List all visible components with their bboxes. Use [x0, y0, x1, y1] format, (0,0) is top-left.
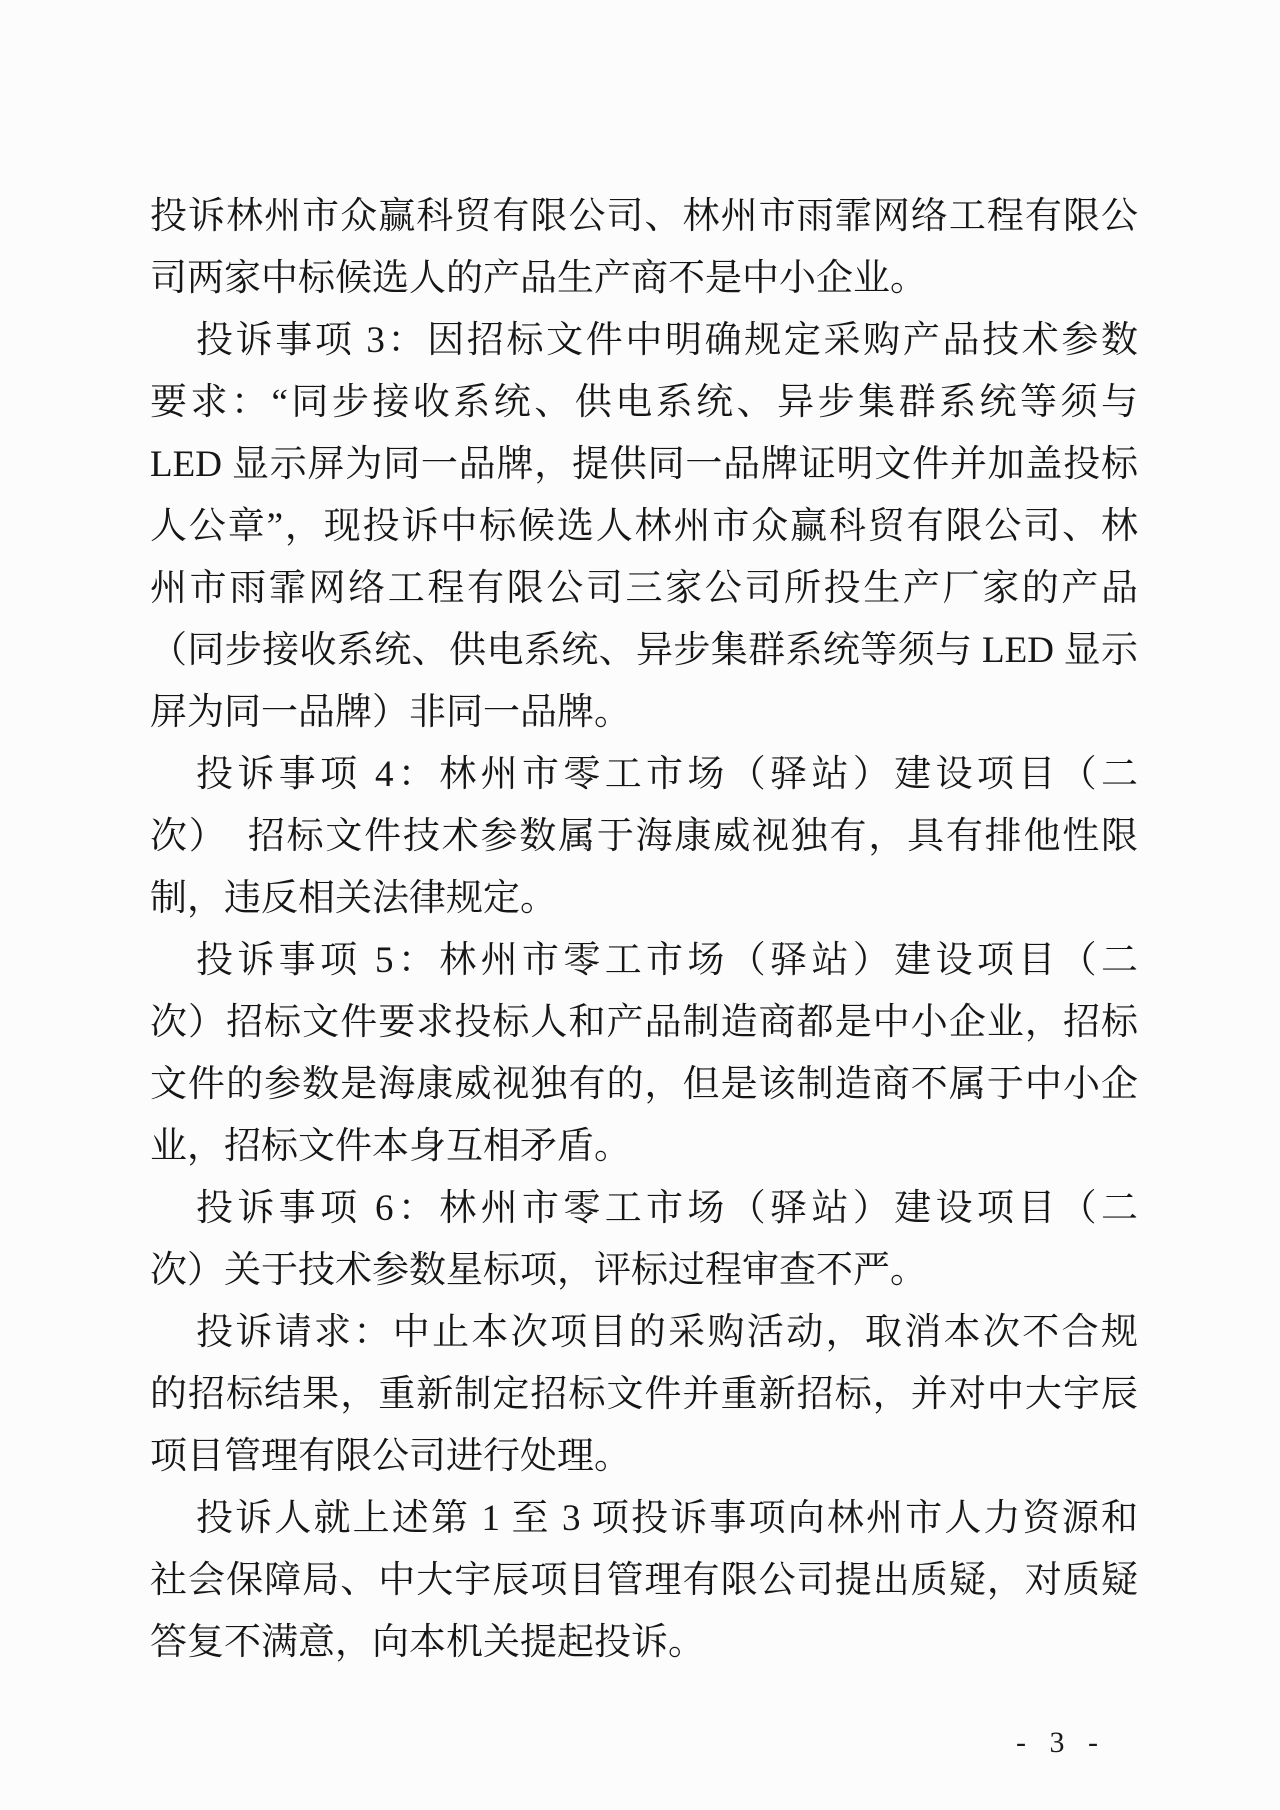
- paragraph: 投诉事项 5：林州市零工市场（驿站）建设项目（二次）招标文件要求投标人和产品制造…: [150, 930, 1138, 1178]
- paragraph: 投诉请求：中止本次项目的采购活动，取消本次不合规的招标结果，重新制定招标文件并重…: [150, 1302, 1138, 1488]
- text-line: 社会保障局、中大宇辰项目管理有限公司提出质疑，对质疑: [150, 1550, 1138, 1612]
- text-line: 制，违反相关法律规定。: [150, 868, 1138, 930]
- paragraph: 投诉人就上述第 1 至 3 项投诉事项向林州市人力资源和社会保障局、中大宇辰项目…: [150, 1488, 1138, 1674]
- text-line: 投诉事项 6：林州市零工市场（驿站）建设项目（二: [150, 1178, 1138, 1240]
- text-line: 次）关于技术参数星标项，评标过程审查不严。: [150, 1240, 1138, 1302]
- text-line: 项目管理有限公司进行处理。: [150, 1426, 1138, 1488]
- text-line: （同步接收系统、供电系统、异步集群系统等须与 LED 显示: [150, 620, 1138, 682]
- document-page: 投诉林州市众赢科贸有限公司、林州市雨霏网络工程有限公司两家中标候选人的产品生产商…: [0, 0, 1280, 1810]
- paragraph: 投诉事项 4：林州市零工市场（驿站）建设项目（二次） 招标文件技术参数属于海康威…: [150, 744, 1138, 930]
- text-line: 要求：“同步接收系统、供电系统、异步集群系统等须与: [150, 372, 1138, 434]
- text-line: 投诉请求：中止本次项目的采购活动，取消本次不合规: [150, 1302, 1138, 1364]
- paragraph: 投诉林州市众赢科贸有限公司、林州市雨霏网络工程有限公司两家中标候选人的产品生产商…: [150, 186, 1138, 310]
- text-line: 司两家中标候选人的产品生产商不是中小企业。: [150, 248, 1138, 310]
- text-line: 次） 招标文件技术参数属于海康威视独有，具有排他性限: [150, 806, 1138, 868]
- text-line: 投诉人就上述第 1 至 3 项投诉事项向林州市人力资源和: [150, 1488, 1138, 1550]
- paragraph: 投诉事项 3：因招标文件中明确规定采购产品技术参数要求：“同步接收系统、供电系统…: [150, 310, 1138, 744]
- text-line: 次）招标文件要求投标人和产品制造商都是中小企业，招标: [150, 992, 1138, 1054]
- text-line: 答复不满意，向本机关提起投诉。: [150, 1612, 1138, 1674]
- text-line: 业，招标文件本身互相矛盾。: [150, 1116, 1138, 1178]
- text-line: 人公章”，现投诉中标候选人林州市众赢科贸有限公司、林: [150, 496, 1138, 558]
- text-line: 投诉事项 4：林州市零工市场（驿站）建设项目（二: [150, 744, 1138, 806]
- text-line: LED 显示屏为同一品牌，提供同一品牌证明文件并加盖投标: [150, 434, 1138, 496]
- text-line: 投诉事项 5：林州市零工市场（驿站）建设项目（二: [150, 930, 1138, 992]
- text-line: 文件的参数是海康威视独有的，但是该制造商不属于中小企: [150, 1054, 1138, 1116]
- text-line: 屏为同一品牌）非同一品牌。: [150, 682, 1138, 744]
- paragraph: 投诉事项 6：林州市零工市场（驿站）建设项目（二次）关于技术参数星标项，评标过程…: [150, 1178, 1138, 1302]
- text-line: 的招标结果，重新制定招标文件并重新招标，并对中大宇辰: [150, 1364, 1138, 1426]
- text-line: 投诉林州市众赢科贸有限公司、林州市雨霏网络工程有限公: [150, 186, 1138, 248]
- text-line: 投诉事项 3：因招标文件中明确规定采购产品技术参数: [150, 310, 1138, 372]
- text-block: 投诉林州市众赢科贸有限公司、林州市雨霏网络工程有限公司两家中标候选人的产品生产商…: [150, 186, 1138, 1674]
- page-number: - 3 -: [1016, 1726, 1106, 1760]
- text-line: 州市雨霏网络工程有限公司三家公司所投生产厂家的产品: [150, 558, 1138, 620]
